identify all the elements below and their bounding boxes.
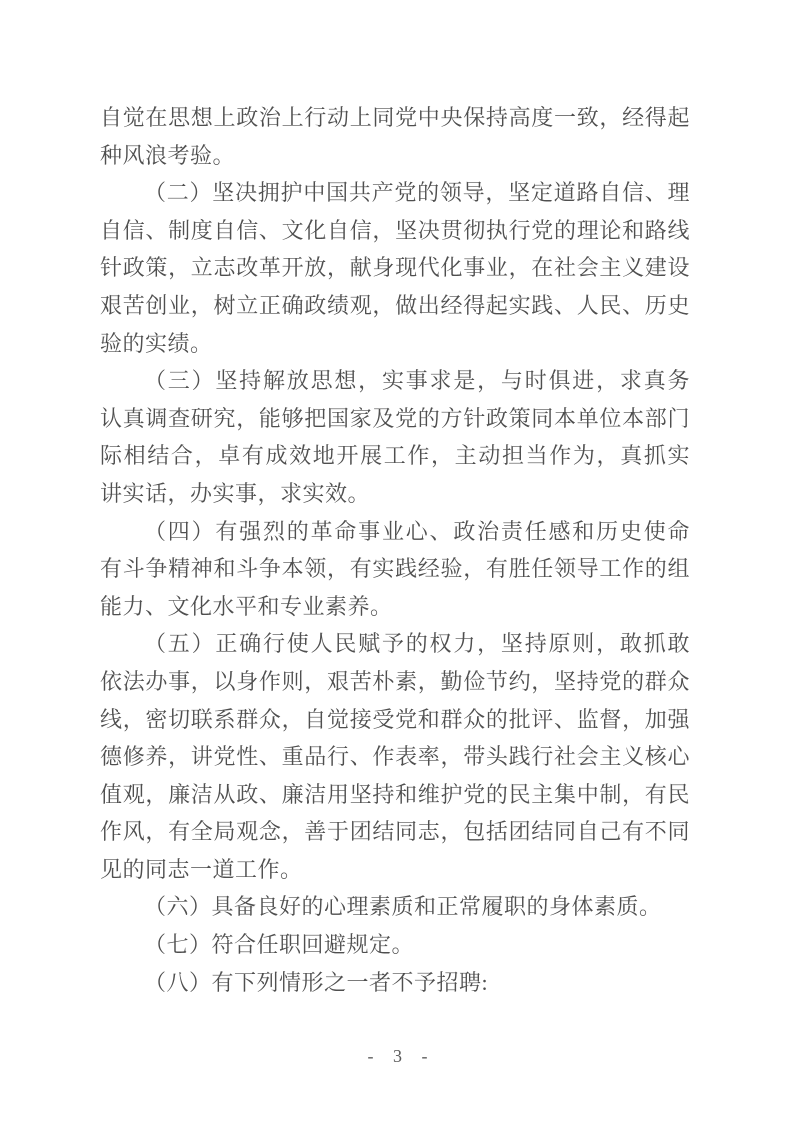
text-line: 自信、制度自信、文化自信，坚决贯彻执行党的理论和路线方: [100, 212, 690, 250]
text-line: 依法办事，以身作则，艰苦朴素，勤俭节约，坚持党的群众路: [100, 663, 690, 701]
text-line: （八）有下列情形之一者不予招聘:: [100, 964, 690, 1002]
text-line: 种风浪考验。: [100, 137, 690, 175]
text-line: 作风，有全局观念，善于团结同志，包括团结同自己有不同意: [100, 813, 690, 851]
text-line: （六）具备良好的心理素质和正常履职的身体素质。: [100, 888, 690, 926]
text-line: （七）符合任职回避规定。: [100, 926, 690, 964]
text-line: 德修养，讲党性、重品行、作表率，带头践行社会主义核心价: [100, 738, 690, 776]
text-line: 有斗争精神和斗争本领，有实践经验，有胜任领导工作的组织: [100, 550, 690, 588]
text-line: 认真调查研究，能够把国家及党的方针政策同本单位本部门实: [100, 400, 690, 438]
text-line: 见的同志一道工作。: [100, 851, 690, 889]
text-line: （二）坚决拥护中国共产党的领导，坚定道路自信、理论: [100, 174, 690, 212]
text-line: 线，密切联系群众，自觉接受党和群众的批评、监督，加强道: [100, 701, 690, 739]
text-line: 讲实话，办实事，求实效。: [100, 475, 690, 513]
text-line: 际相结合，卓有成效地开展工作，主动担当作为，真抓实干，: [100, 437, 690, 475]
document-body: 自觉在思想上政治上行动上同党中央保持高度一致，经得起各种风浪考验。（二）坚决拥护…: [100, 99, 690, 1001]
text-line: 自觉在思想上政治上行动上同党中央保持高度一致，经得起各: [100, 99, 690, 137]
page-number: - 3 -: [0, 1046, 800, 1067]
document-page: 自觉在思想上政治上行动上同党中央保持高度一致，经得起各种风浪考验。（二）坚决拥护…: [0, 0, 800, 1131]
text-line: （五）正确行使人民赋予的权力，坚持原则，敢抓敢管，: [100, 625, 690, 663]
text-line: 针政策，立志改革开放，献身现代化事业，在社会主义建设中: [100, 249, 690, 287]
text-line: （三）坚持解放思想，实事求是，与时俱进，求真务实，: [100, 362, 690, 400]
text-line: 值观，廉洁从政、廉洁用坚持和维护党的民主集中制，有民主: [100, 776, 690, 814]
text-line: （四）有强烈的革命事业心、政治责任感和历史使命感，: [100, 513, 690, 551]
text-line: 能力、文化水平和专业素养。: [100, 588, 690, 626]
text-line: 艰苦创业，树立正确政绩观，做出经得起实践、人民、历史检: [100, 287, 690, 325]
text-line: 验的实绩。: [100, 325, 690, 363]
